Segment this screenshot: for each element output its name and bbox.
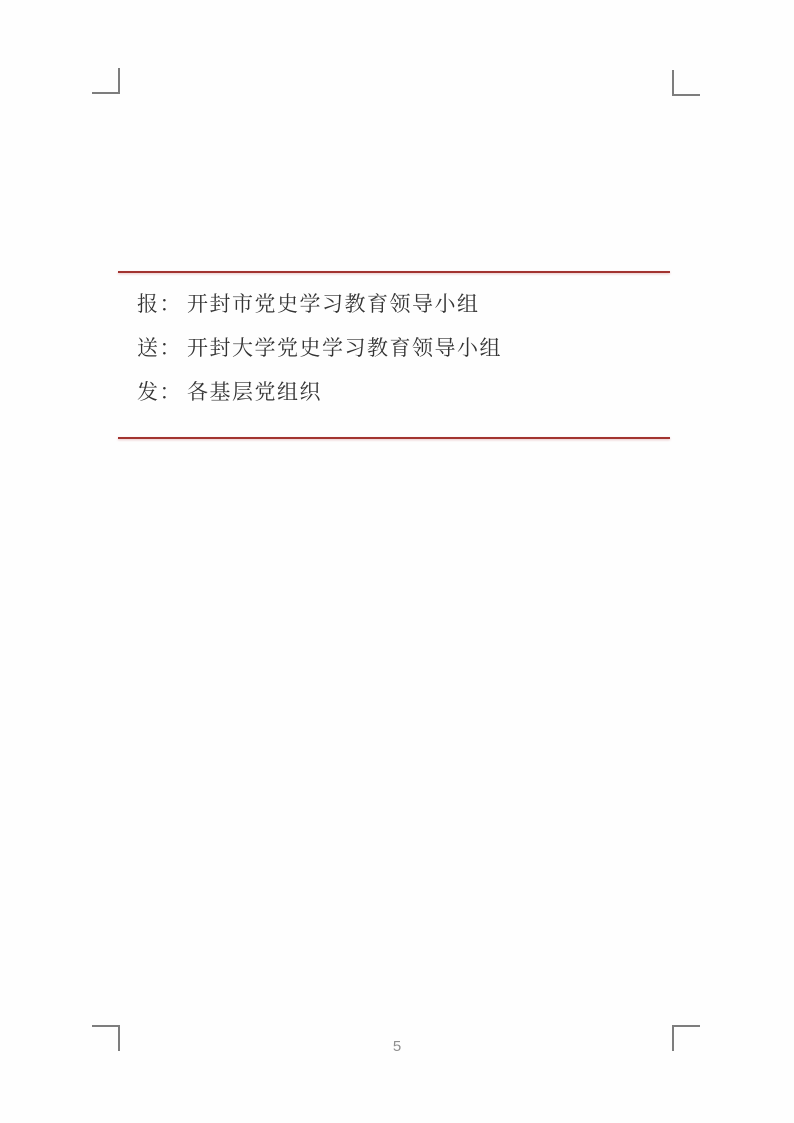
separator-rule-top (118, 271, 670, 273)
distribution-block: 报：开封市党史学习教育领导小组 送：开封大学党史学习教育领导小组 发：各基层党组… (137, 283, 657, 415)
distribution-label: 发 (137, 381, 160, 404)
scanned-document-page: 报：开封市党史学习教育领导小组 送：开封大学党史学习教育领导小组 发：各基层党组… (0, 0, 794, 1123)
separator-rule-bottom (118, 437, 670, 439)
crop-mark-top-right-icon (672, 70, 700, 96)
distribution-line-send: 送：开封大学党史学习教育领导小组 (137, 327, 657, 371)
distribution-recipient: 开封大学党史学习教育领导小组 (187, 337, 502, 360)
distribution-colon: ： (160, 293, 183, 316)
page-number: 5 (0, 1038, 794, 1055)
distribution-recipient: 开封市党史学习教育领导小组 (187, 293, 480, 316)
distribution-recipient: 各基层党组织 (187, 381, 322, 404)
distribution-label: 送 (137, 337, 160, 360)
distribution-line-report: 报：开封市党史学习教育领导小组 (137, 283, 657, 327)
crop-mark-top-left-icon (92, 68, 120, 94)
distribution-colon: ： (160, 337, 183, 360)
distribution-label: 报 (137, 293, 160, 316)
distribution-colon: ： (160, 381, 183, 404)
distribution-line-issue: 发：各基层党组织 (137, 371, 657, 415)
